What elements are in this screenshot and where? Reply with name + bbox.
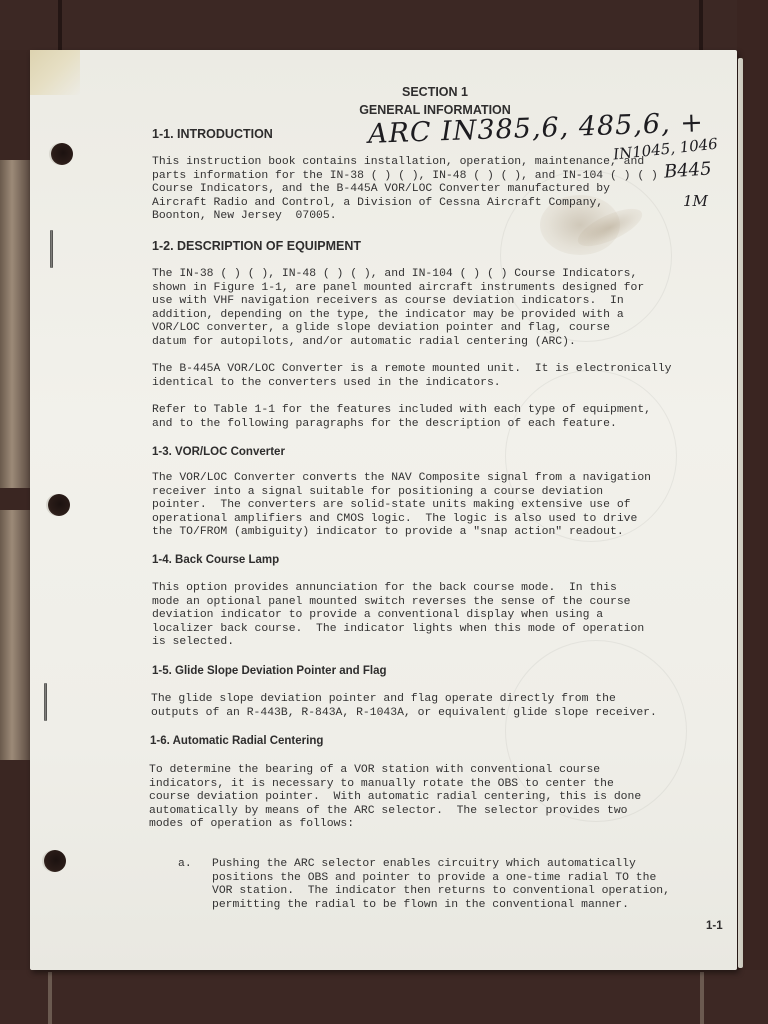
background-door-groove: [58, 0, 62, 50]
staple: [44, 683, 47, 721]
background-glass-strip: [0, 160, 30, 490]
background-door-panel-bottom: [0, 970, 768, 1024]
background-door-groove: [48, 972, 52, 1024]
binder-hole: [51, 143, 73, 165]
heading-back-course-lamp: 1-4. Back Course Lamp: [152, 554, 279, 566]
paragraph-vor-loc-converter: The VOR/LOC Converter converts the NAV C…: [152, 472, 651, 540]
page-number: 1-1: [706, 920, 723, 932]
heading-automatic-radial-centering: 1-6. Automatic Radial Centering: [150, 735, 323, 747]
heading-introduction: 1-1. INTRODUCTION: [152, 127, 273, 141]
section-label: SECTION 1: [355, 83, 515, 101]
paragraph-introduction: This instruction book contains installat…: [152, 156, 658, 224]
background-door-panel-top: [0, 0, 768, 50]
paragraph-description-2: The B-445A VOR/LOC Converter is a remote…: [152, 363, 672, 390]
paragraph-description-1: The IN-38 ( ) ( ), IN-48 ( ) ( ), and IN…: [152, 268, 644, 350]
list-item-text: Pushing the ARC selector enables circuit…: [212, 858, 670, 912]
handwritten-note-converter: B445: [663, 158, 712, 182]
background-glass-strip: [0, 510, 30, 760]
binder-hole: [44, 850, 66, 872]
paragraph-glide-slope: The glide slope deviation pointer and fl…: [151, 693, 657, 720]
page-stack-edge: [738, 58, 743, 968]
paragraph-automatic-radial-centering: To determine the bearing of a VOR statio…: [149, 764, 641, 832]
paragraph-back-course-lamp: This option provides annunciation for th…: [152, 582, 644, 650]
background-door-groove: [0, 488, 30, 498]
staple: [50, 230, 53, 268]
heading-glide-slope: 1-5. Glide Slope Deviation Pointer and F…: [152, 665, 387, 677]
handwritten-note-quantity: 1M: [683, 192, 708, 210]
background-door-groove: [700, 972, 704, 1024]
binder-hole: [48, 494, 70, 516]
paragraph-description-3: Refer to Table 1-1 for the features incl…: [152, 404, 651, 431]
list-item-marker: a.: [178, 858, 192, 872]
background-door-groove: [699, 0, 703, 50]
heading-description-of-equipment: 1-2. DESCRIPTION OF EQUIPMENT: [152, 239, 361, 253]
heading-vor-loc-converter: 1-3. VOR/LOC Converter: [152, 446, 285, 458]
